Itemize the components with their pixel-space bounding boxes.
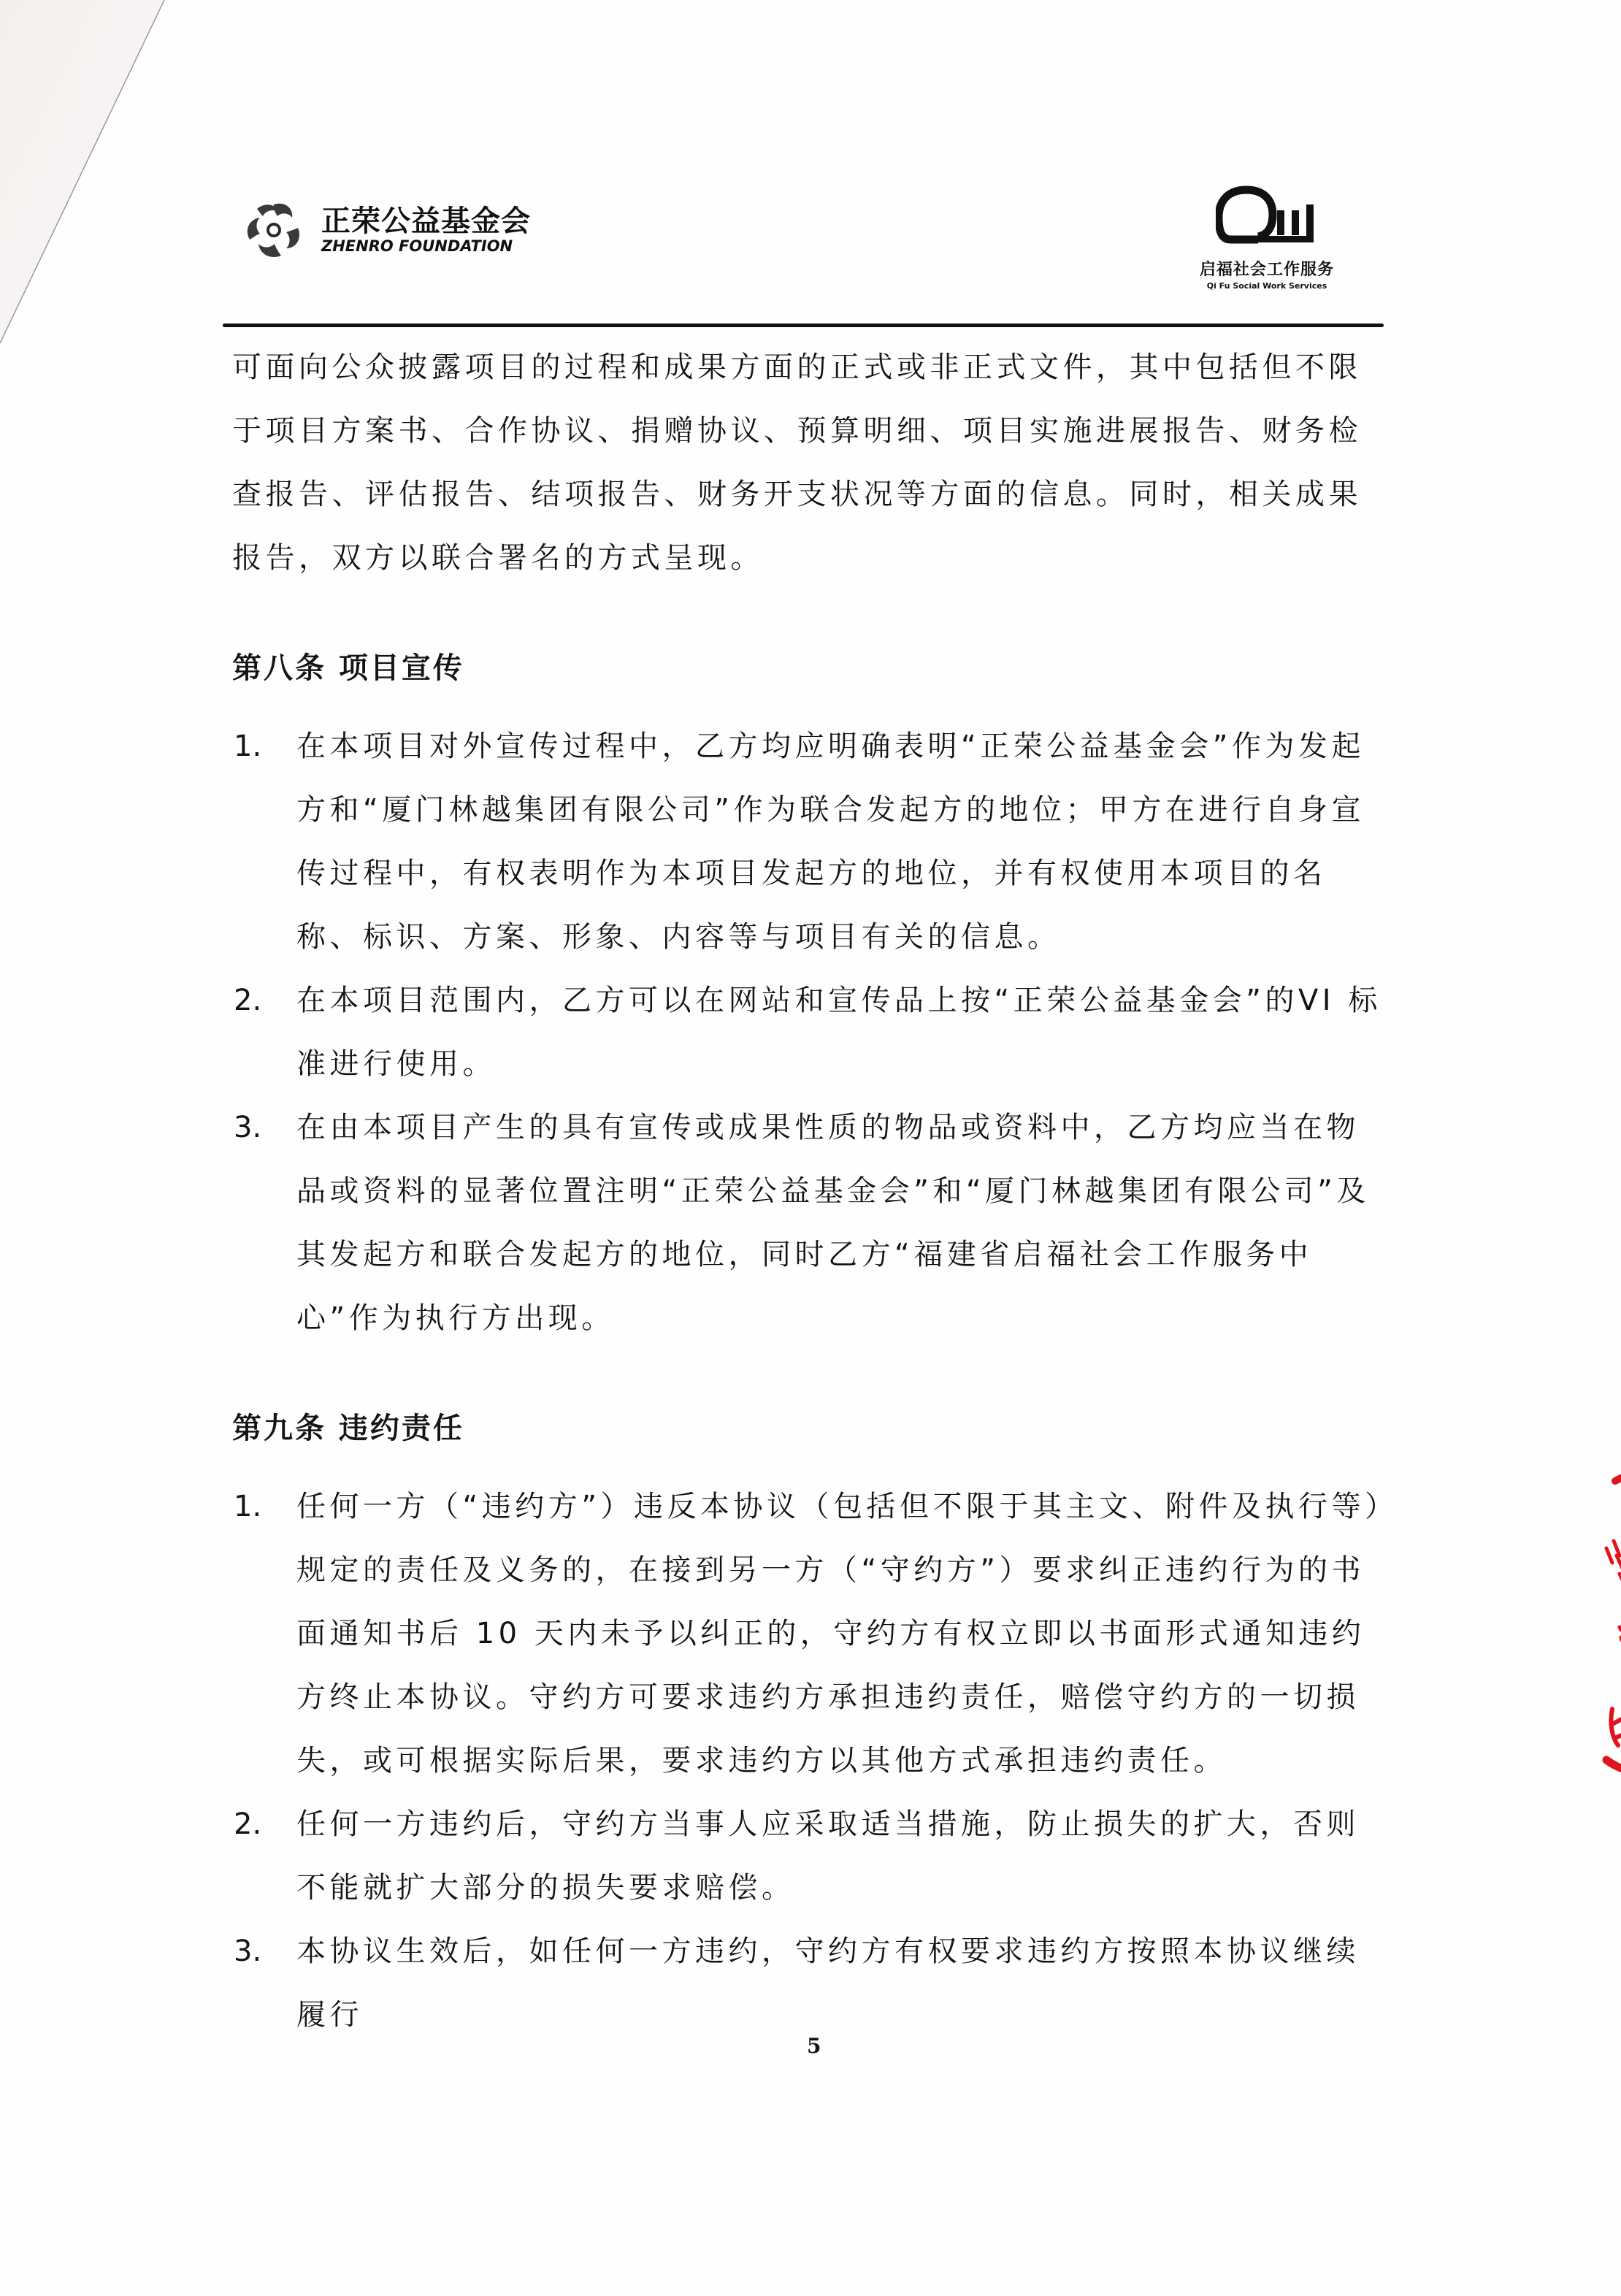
list-item: 3. 在由本项目产生的具有宣传或成果性质的物品或资料中，乙方均应当在物品或资料的…: [232, 1096, 1386, 1350]
page-number: 5: [807, 2034, 821, 2058]
foundation-name-en: ZHENRO FOUNDATION: [321, 237, 531, 255]
list-item: 2. 任何一方违约后，守约方当事人应采取适当措施，防止损失的扩大，否则不能就扩大…: [232, 1793, 1386, 1920]
item-text: 任何一方（“违约方”）违反本协议（包括但不限于其主文、附件及执行等）规定的责任及…: [296, 1490, 1383, 1778]
qi-logo-icon: [1216, 183, 1318, 248]
item-number: 2.: [234, 969, 261, 1033]
red-seal-stamp-partial: [1533, 1446, 1621, 1782]
page-edge-line: [0, 0, 175, 351]
list-item: 3. 本协议生效后，如任何一方违约，守约方有权要求违约方按照本协议继续履行: [232, 1920, 1386, 2047]
foundation-name-cn: 正荣公益基金会: [321, 205, 531, 237]
item-text: 本协议生效后，如任何一方违约，守约方有权要求违约方按照本协议继续履行: [296, 1935, 1360, 2032]
document-header: 正荣公益基金会 ZHENRO FOUNDATION 启福社会工作服务 Qi Fu…: [219, 183, 1387, 299]
item-number: 3.: [234, 1096, 261, 1160]
item-number: 1.: [234, 1475, 261, 1539]
section-9-liability-for-breach: 第九条 违约责任 1. 任何一方（“违约方”）违反本协议（包括但不限于其主文、附…: [232, 1397, 1386, 2047]
section-title: 第九条 违约责任: [232, 1397, 1386, 1461]
list-item: 1. 在本项目对外宣传过程中，乙方均应明确表明“正荣公益基金会”作为发起方和“厦…: [232, 715, 1386, 969]
item-text: 在本项目对外宣传过程中，乙方均应明确表明“正荣公益基金会”作为发起方和“厦门林越…: [296, 730, 1365, 954]
item-number: 1.: [234, 715, 261, 778]
qifu-name-cn: 启福社会工作服务: [1200, 257, 1334, 280]
section-8-list: 1. 在本项目对外宣传过程中，乙方均应明确表明“正荣公益基金会”作为发起方和“厦…: [232, 715, 1386, 1350]
list-item: 2. 在本项目范围内，乙方可以在网站和宣传品上按“正荣公益基金会”的VI 标准进…: [232, 969, 1386, 1096]
item-text: 在由本项目产生的具有宣传或成果性质的物品或资料中，乙方均应当在物品或资料的显著位…: [296, 1111, 1370, 1335]
intro-paragraph: 可面向公众披露项目的过程和成果方面的正式或非正式文件，其中包括但不限于项目方案书…: [232, 336, 1386, 590]
pinwheel-logo-icon: [241, 197, 307, 263]
zhenro-foundation-logo: 正荣公益基金会 ZHENRO FOUNDATION: [241, 197, 531, 263]
section-title: 第八条 项目宣传: [232, 637, 1386, 700]
item-text: 在本项目范围内，乙方可以在网站和宣传品上按“正荣公益基金会”的VI 标准进行使用…: [296, 984, 1382, 1081]
document-body: 可面向公众披露项目的过程和成果方面的正式或非正式文件，其中包括但不限于项目方案书…: [232, 336, 1386, 2047]
item-number: 3.: [234, 1920, 261, 1983]
section-8-project-publicity: 第八条 项目宣传 1. 在本项目对外宣传过程中，乙方均应明确表明“正荣公益基金会…: [232, 637, 1386, 1350]
qifu-name-en: Qi Fu Social Work Services: [1207, 281, 1327, 291]
item-text: 任何一方违约后，守约方当事人应采取适当措施，防止损失的扩大，否则不能就扩大部分的…: [296, 1807, 1360, 1905]
header-divider: [223, 324, 1384, 327]
list-item: 1. 任何一方（“违约方”）违反本协议（包括但不限于其主文、附件及执行等）规定的…: [232, 1475, 1386, 1793]
item-number: 2.: [234, 1793, 261, 1856]
section-9-list: 1. 任何一方（“违约方”）违反本协议（包括但不限于其主文、附件及执行等）规定的…: [232, 1475, 1386, 2047]
qifu-logo: 启福社会工作服务 Qi Fu Social Work Services: [1183, 183, 1351, 291]
